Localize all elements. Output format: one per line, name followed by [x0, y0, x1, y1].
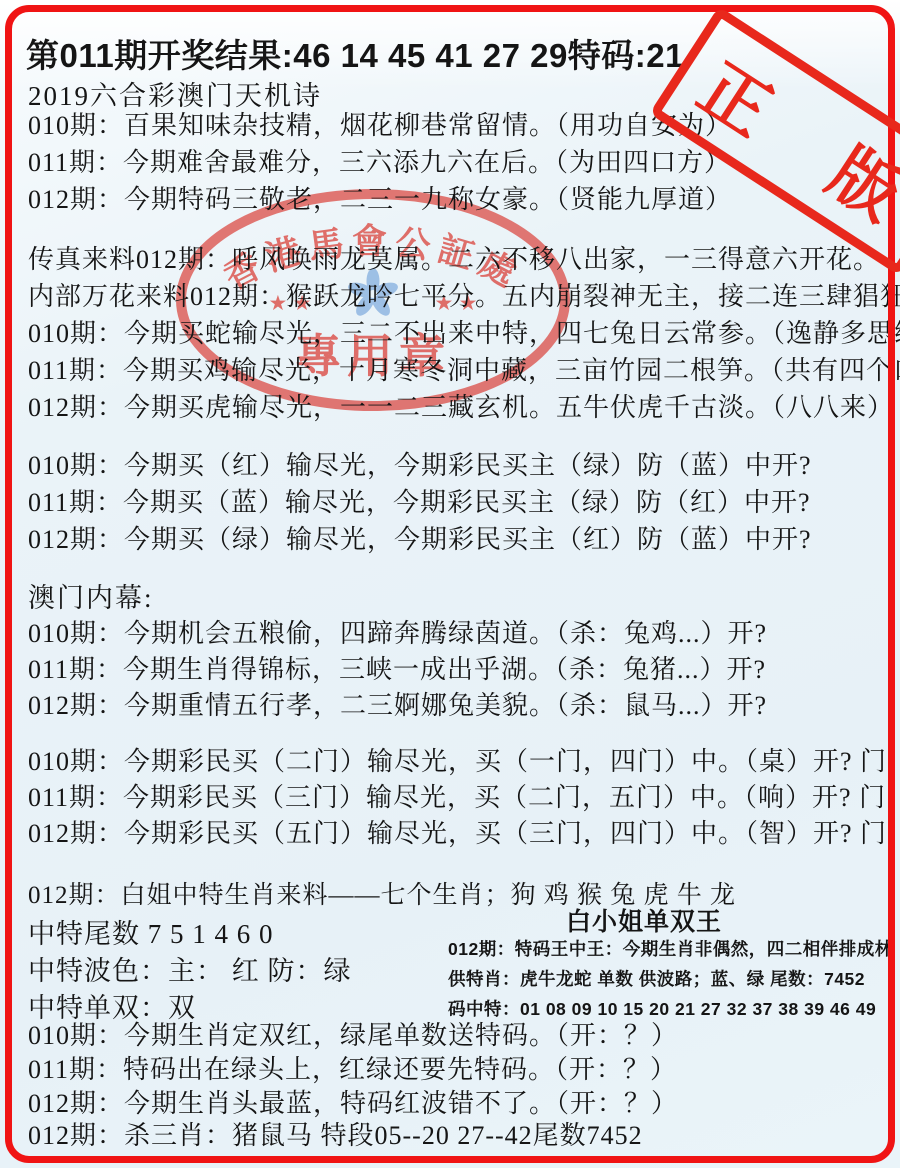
wave-color-line: 中特波色：主： 红 防：绿 [28, 957, 352, 987]
macau-heading: 澳门内幕: [28, 584, 154, 614]
poem-line: 010期：百果知味杂技精，烟花柳巷常留情。（用功自安为） [28, 112, 732, 141]
fax-line: 011期：今期买鸡输尽光，十月寒冬洞中藏，三亩竹园二根笋。（共有四个口） [28, 357, 900, 386]
poem-line: 011期：今期难舍最难分，三六添九六在后。（为田四口方） [28, 149, 731, 178]
macau-line: 010期：今期机会五粮偷，四蹄奔腾绿茵道。（杀：兔鸡...）开? [28, 620, 767, 649]
door-line: 011期：今期彩民买（三门）输尽光，买（二门，五门）中。（响）开? 门 [28, 784, 886, 813]
lottery-sheet: 香港馬會公証處 ★ ★ ★ ★ 專用章 第011期开奖结果:46 14 45 4… [0, 0, 900, 1168]
bottom-line: 012期：今期生肖头最蓝，特码红波错不了。（开：？） [28, 1090, 678, 1119]
tail-numbers-line: 中特尾数 7 5 1 4 6 0 [28, 920, 274, 950]
door-line: 012期：今期彩民买（五门）输尽光，买（三门，四门）中。（智）开? 门 [28, 820, 887, 849]
right-column-heading: 白小姐单双王 [566, 902, 722, 938]
zodiac-supply-line: 供特肖：虎牛龙蛇 单数 供波路；蓝、绿 尾数：7452 [448, 966, 865, 991]
special-numbers-line: 码中特：01 08 09 10 15 20 21 27 32 37 38 39 … [448, 996, 876, 1021]
color-line: 012期：今期买（绿）输尽光，今期彩民买主（红）防（蓝）中开? [28, 526, 812, 555]
fax-line: 内部万花来料012期：猴跃龙吟七平分。五内崩裂神无主，接二连三肆猖狂。 [28, 283, 900, 312]
macau-line: 011期：今期生肖得锦标，三峡一成出乎湖。（杀：兔猪...）开? [28, 656, 766, 685]
bottom-line: 011期：特码出在绿头上，红绿还要先特码。（开：？） [28, 1056, 677, 1085]
bottom-line: 010期：今期生肖定双红，绿尾单数送特码。（开：？） [28, 1022, 678, 1051]
fax-line: 012期：今期买虎输尽光，一一二三藏玄机。五牛伏虎千古淡。（八八来） [28, 394, 894, 423]
color-line: 010期：今期买（红）输尽光，今期彩民买主（绿）防（蓝）中开? [28, 452, 812, 481]
result-headline: 第011期开奖结果:46 14 45 41 27 29特码:21 [26, 30, 684, 77]
color-line: 011期：今期买（蓝）输尽光，今期彩民买主（绿）防（红）中开? [28, 489, 811, 518]
bottom-line: 012期：杀三肖：猪鼠马 特段05--20 27--42尾数7452 [28, 1122, 643, 1151]
fax-line: 传真来料012期：呼风唤雨龙莫属。二六不移八出家，一三得意六开花。 [28, 246, 880, 275]
fax-line: 010期：今期买蛇输尽光，三二不出来中特，四七兔日云常参。（逸静多思维） [28, 320, 900, 349]
poem-heading: 2019六合彩澳门天机诗 [28, 82, 322, 112]
macau-line: 012期：今期重情五行孝，二三婀娜兔美貌。（杀：鼠马...）开? [28, 692, 767, 721]
king-line: 012期：特码王中王：今期生肖非偶然，四二相伴排成林 [448, 936, 893, 961]
odd-even-line: 中特单双：双 [28, 994, 196, 1024]
door-line: 010期：今期彩民买（二门）输尽光，买（一门，四门）中。（桌）开? 门 [28, 748, 887, 777]
poem-line: 012期：今期特码三敬老，二三一九称女豪。（贤能九厚道） [28, 186, 732, 215]
